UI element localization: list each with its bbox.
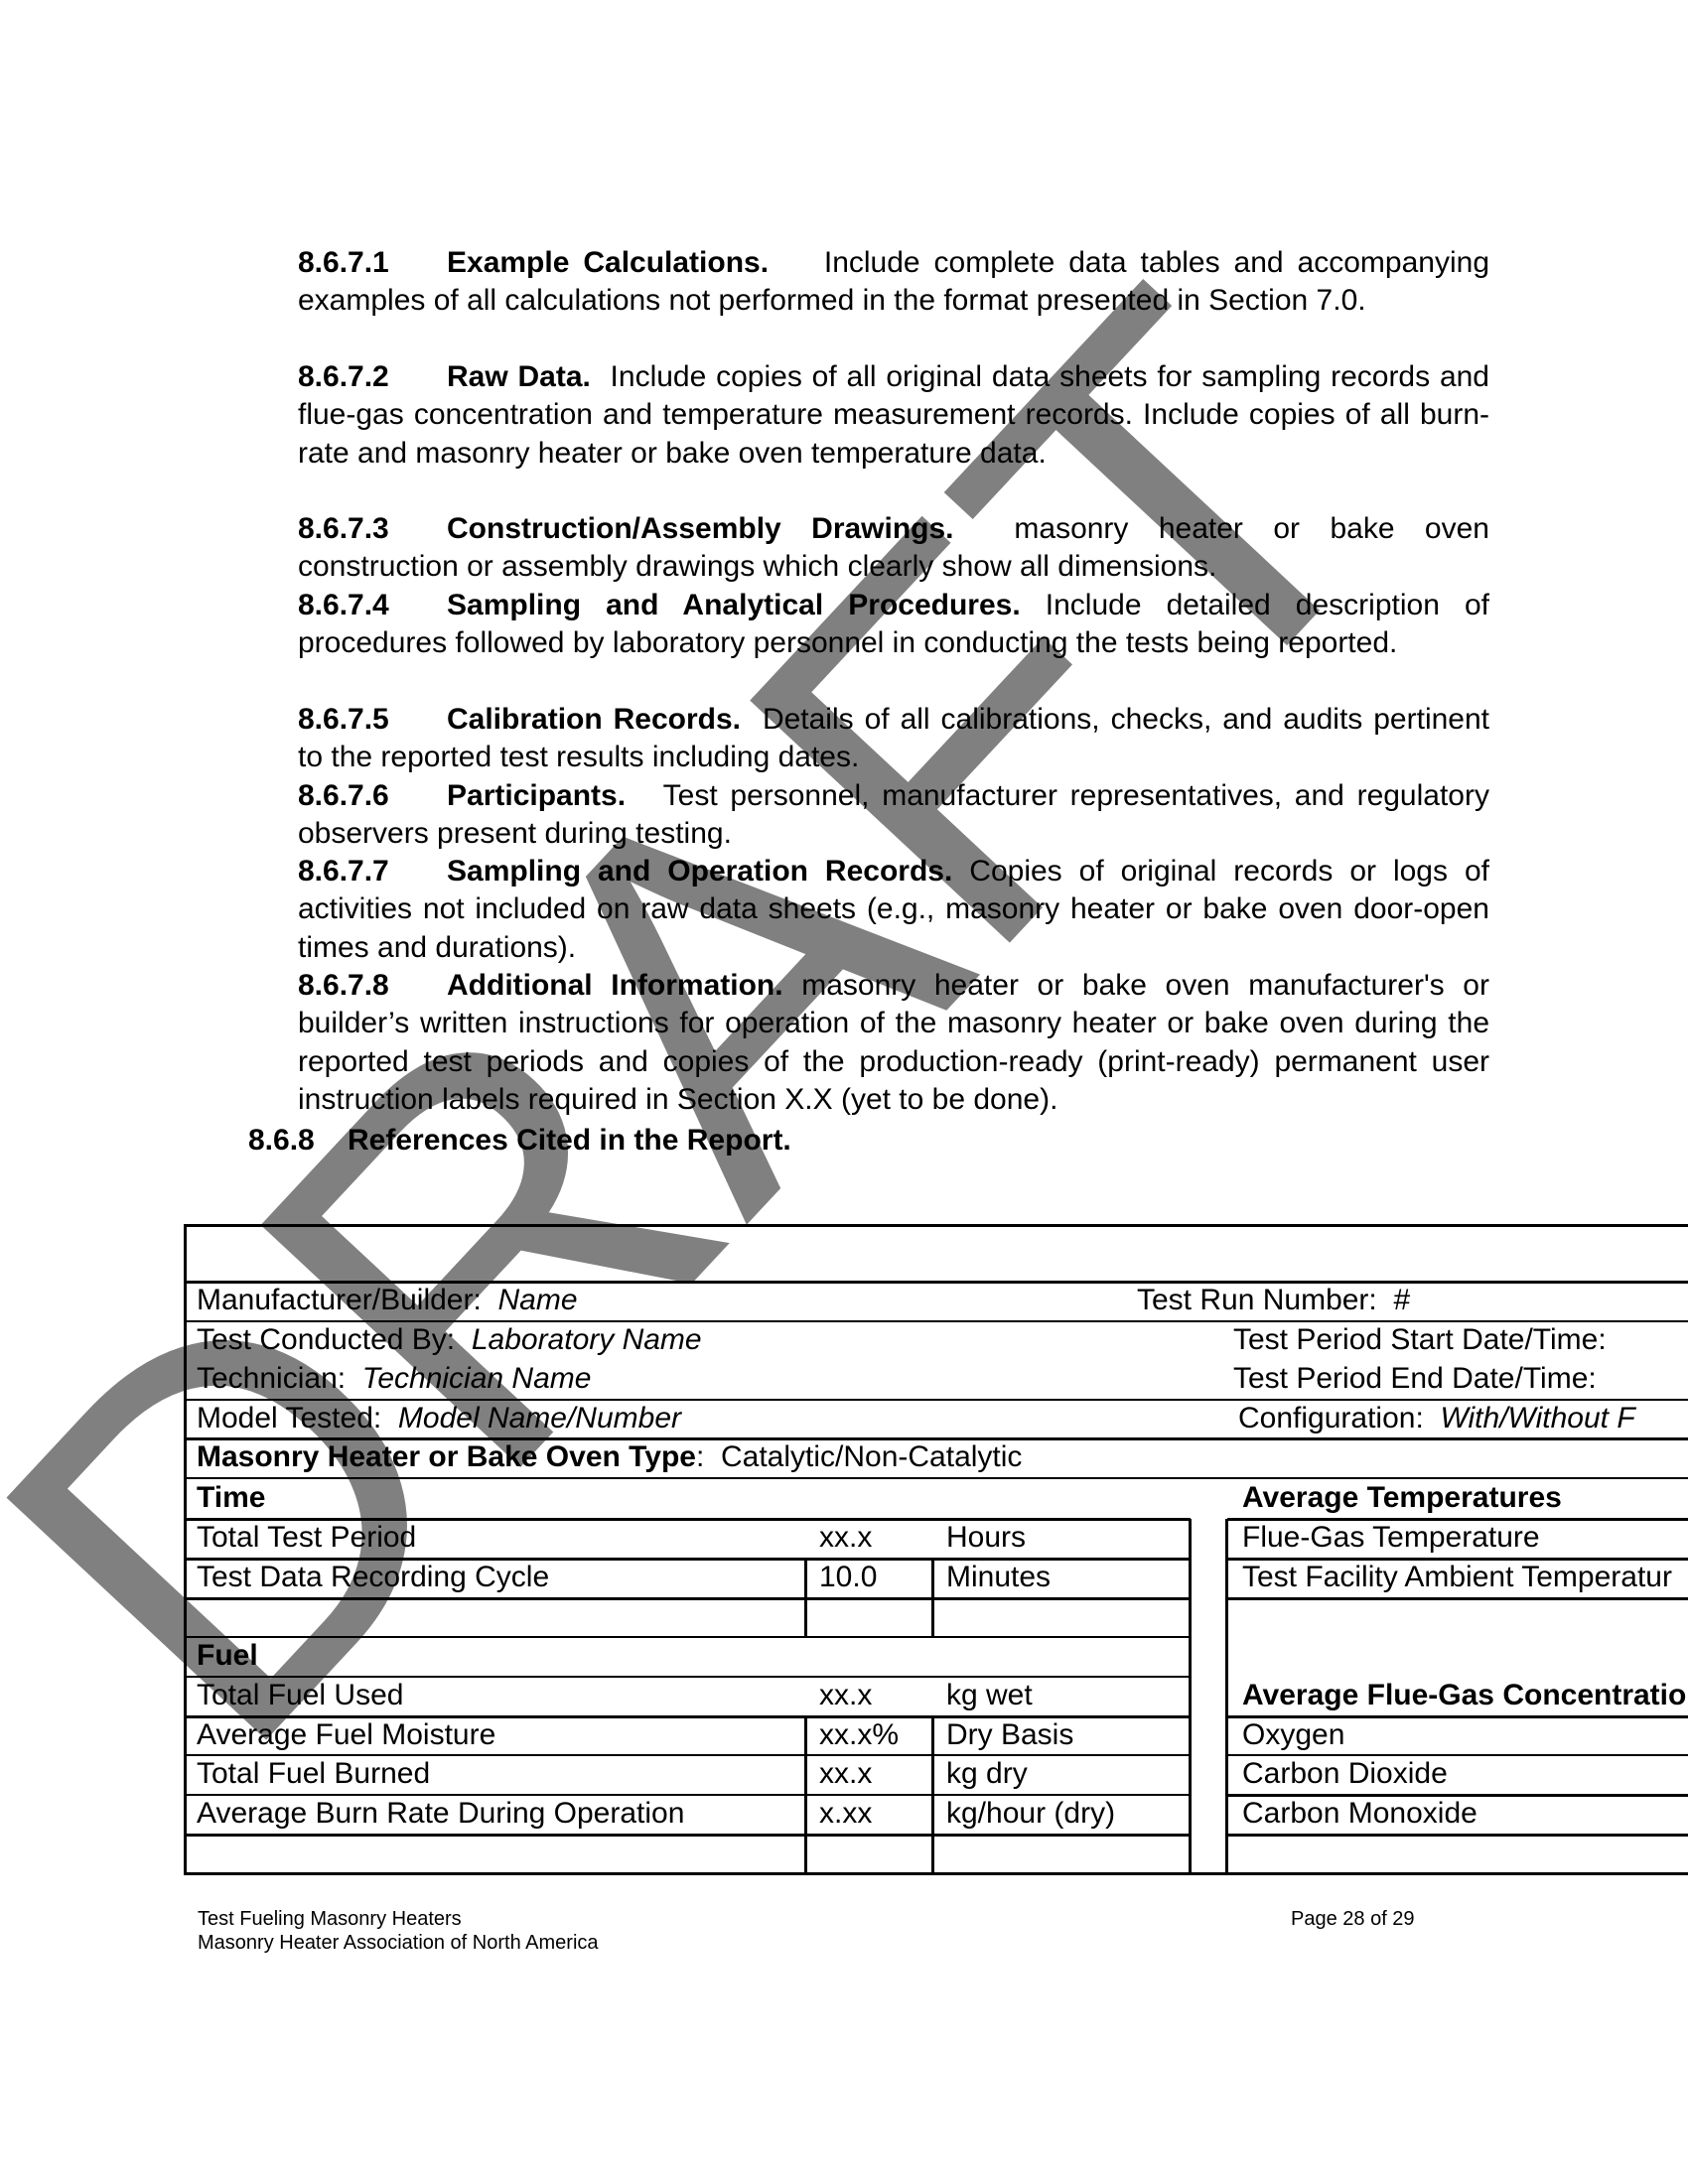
section-title: Sampling and Operation Records. <box>447 855 952 887</box>
time-section-header: Time <box>197 1479 265 1517</box>
time-row-value: 10.0 <box>819 1559 877 1596</box>
footer-doc-title: Test Fueling Masonry Heaters <box>198 1907 599 1931</box>
time-row-unit: Hours <box>946 1519 1026 1557</box>
section-8-6-7-5: 8.6.7.5Calibration Records. Details of a… <box>298 701 1489 777</box>
avg-temperatures-header: Average Temperatures <box>1242 1479 1562 1517</box>
section-title: Additional Information. <box>447 969 783 1002</box>
section-8-6-7-2: 8.6.7.2Raw Data. Include copies of all o… <box>298 358 1489 473</box>
footer-page-number: Page 28 of 29 <box>1291 1907 1415 1931</box>
time-row-unit: Minutes <box>946 1559 1051 1596</box>
section-8-6-7-3: 8.6.7.3Construction/Assembly Drawings. m… <box>298 510 1489 587</box>
fuel-row-label: Average Fuel Moisture <box>197 1716 495 1754</box>
temperature-row: Flue-Gas Temperature <box>1242 1519 1540 1557</box>
section-title: Construction/Assembly Drawings. <box>447 512 954 545</box>
heater-type-field: Masonry Heater or Bake Oven Type: Cataly… <box>197 1438 1022 1476</box>
manufacturer-field: Manufacturer/Builder: Name <box>197 1282 578 1319</box>
footer-left: Test Fueling Masonry Heaters Masonry Hea… <box>198 1907 599 1955</box>
fuel-row-value: xx.x% <box>819 1716 899 1754</box>
section-title: Calibration Records. <box>447 703 741 736</box>
fuel-section-header: Fuel <box>197 1637 258 1675</box>
section-8-6-7-7: 8.6.7.7Sampling and Operation Records. C… <box>298 853 1489 967</box>
time-row-value: xx.x <box>819 1519 872 1557</box>
configuration-field: Configuration: With/Without F <box>1238 1400 1635 1437</box>
section-title: References Cited in the Report. <box>348 1124 791 1157</box>
concentration-row: Oxygen <box>1242 1716 1344 1754</box>
conducted-by-field: Test Conducted By: Laboratory Name <box>197 1321 702 1359</box>
end-datetime-field: Test Period End Date/Time: <box>1233 1360 1597 1398</box>
section-title: Example Calculations. <box>447 246 769 279</box>
section-number: 8.6.7.4 <box>298 587 447 624</box>
avg-concentrations-header: Average Flue-Gas Concentratio <box>1242 1677 1686 1714</box>
section-title: Participants. <box>447 779 626 812</box>
technician-field: Technician: Technician Name <box>197 1360 591 1398</box>
concentration-row: Carbon Dioxide <box>1242 1755 1448 1793</box>
fuel-row-label: Average Burn Rate During Operation <box>197 1795 684 1833</box>
time-row-label: Total Test Period <box>197 1519 416 1557</box>
section-number: 8.6.7.1 <box>298 244 447 282</box>
fuel-row-unit: kg dry <box>946 1755 1028 1793</box>
start-datetime-field: Test Period Start Date/Time: <box>1233 1321 1607 1359</box>
fuel-row-unit: kg/hour (dry) <box>946 1795 1115 1833</box>
section-8-6-7-8: 8.6.7.8Additional Information. masonry h… <box>298 967 1489 1119</box>
temperature-row: Test Facility Ambient Temperatur <box>1242 1559 1672 1596</box>
fuel-row-value: xx.x <box>819 1755 872 1793</box>
footer-organization: Masonry Heater Association of North Amer… <box>198 1931 599 1955</box>
section-number: 8.6.7.6 <box>298 777 447 815</box>
section-8-6-7-6: 8.6.7.6Participants. Test personnel, man… <box>298 777 1489 854</box>
test-run-number-field: Test Run Number: # <box>1137 1282 1410 1319</box>
fuel-row-label: Total Fuel Burned <box>197 1755 430 1793</box>
section-title: Raw Data. <box>447 360 591 393</box>
fuel-row-unit: kg wet <box>946 1677 1033 1714</box>
section-number: 8.6.8 <box>248 1122 348 1160</box>
section-number: 8.6.7.3 <box>298 510 447 548</box>
section-number: 8.6.7.8 <box>298 967 447 1005</box>
model-tested-field: Model Tested: Model Name/Number <box>197 1400 681 1437</box>
concentration-row: Carbon Monoxide <box>1242 1795 1477 1833</box>
time-row-label: Test Data Recording Cycle <box>197 1559 549 1596</box>
section-number: 8.6.7.5 <box>298 701 447 739</box>
section-title: Sampling and Analytical Procedures. <box>447 589 1021 621</box>
fuel-row-unit: Dry Basis <box>946 1716 1073 1754</box>
fuel-row-value: x.xx <box>819 1795 872 1833</box>
fuel-row-label: Total Fuel Used <box>197 1677 403 1714</box>
section-8-6-7-4: 8.6.7.4Sampling and Analytical Procedure… <box>298 587 1489 663</box>
section-number: 8.6.7.2 <box>298 358 447 396</box>
fuel-row-value: xx.x <box>819 1677 872 1714</box>
section-8-6-8-heading: 8.6.8References Cited in the Report. <box>248 1122 791 1160</box>
section-number: 8.6.7.7 <box>298 853 447 890</box>
section-8-6-7-1: 8.6.7.1Example Calculations. Include com… <box>298 244 1489 321</box>
